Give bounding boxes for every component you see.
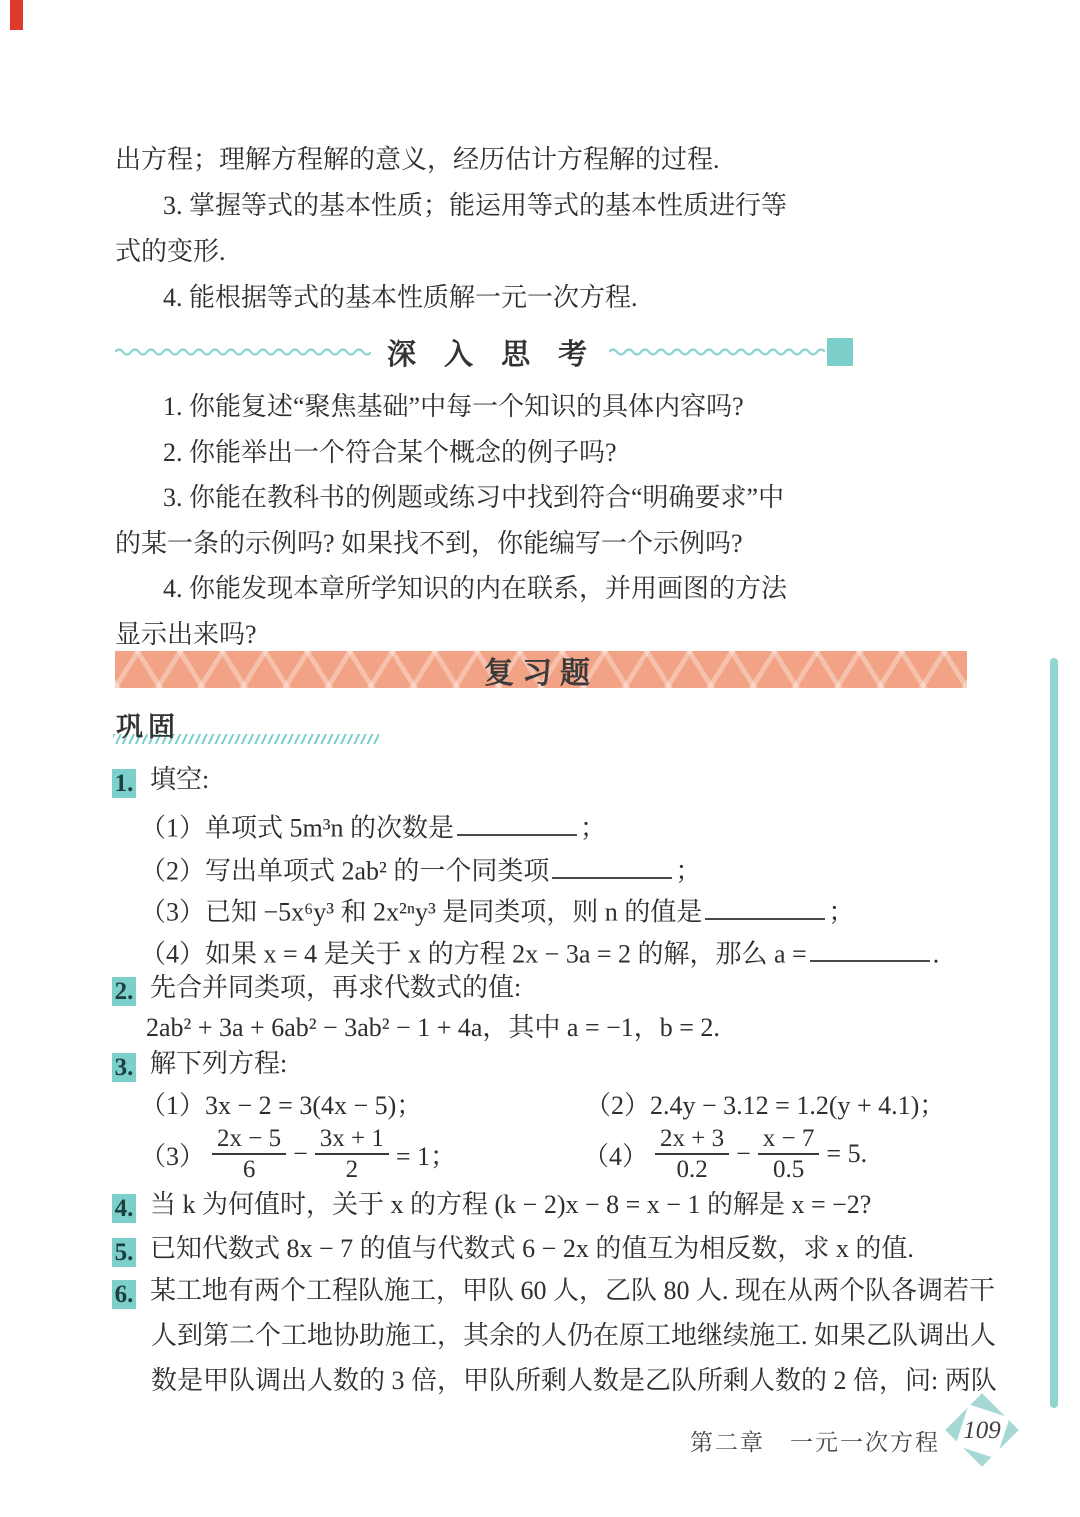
section-title: 巩固 bbox=[116, 705, 180, 744]
problem-text: 已知代数式 8x − 7 的值与代数式 6 − 2x 的值互为相反数，求 x 的… bbox=[150, 1234, 914, 1263]
problem-1-item-1: （1）单项式 5m³n 的次数是； bbox=[140, 807, 606, 845]
item-punct: ； bbox=[675, 856, 701, 885]
equation-label: （4） bbox=[583, 1136, 648, 1173]
problem-1-item-4: （4）如果 x = 4 是关于 x 的方程 2x − 3a = 2 的解，那么 … bbox=[140, 933, 939, 971]
problem-1-item-3: （3）已知 −5x⁶y³ 和 2x²ⁿy³ 是同类项，则 n 的值是； bbox=[140, 891, 854, 929]
item-punct: ； bbox=[828, 897, 854, 926]
deep-think-header: 深 入 思 考 bbox=[115, 331, 967, 373]
problem-text: 解下列方程: bbox=[150, 1049, 287, 1078]
question-line: 4. 你能发现本章所学知识的内在联系，并用画图的方法 bbox=[115, 566, 975, 612]
objectives-paragraph: 出方程；理解方程解的意义，经历估计方程解的过程. 3. 掌握等式的基本性质；能运… bbox=[115, 137, 975, 321]
problem-number-badge: 3. bbox=[112, 1053, 136, 1082]
equation-3: （3） 2x − 56 − 3x + 12 = 1； bbox=[140, 1122, 456, 1186]
item-punct: . bbox=[933, 939, 940, 968]
item-text: （3）已知 −5x⁶y³ 和 2x²ⁿy³ 是同类项，则 n 的值是 bbox=[140, 897, 702, 926]
problem-text: 先合并同类项，再求代数式的值: bbox=[150, 973, 521, 1002]
review-banner-title: 复习题 bbox=[484, 648, 598, 692]
problem-1: 1.填空: bbox=[112, 763, 209, 798]
problem-6: 6.某工地有两个工程队施工，甲队 60 人，乙队 80 人. 现在从两个队各调若… bbox=[112, 1274, 995, 1309]
item-punct: ； bbox=[580, 813, 606, 842]
fraction: 3x + 12 bbox=[315, 1124, 389, 1185]
text-line: 出方程；理解方程解的意义，经历估计方程解的过程. bbox=[115, 137, 975, 183]
problem-number-badge: 4. bbox=[112, 1194, 136, 1223]
blank-underline bbox=[552, 850, 672, 879]
blank-underline bbox=[810, 933, 930, 962]
page-number-diamond: 109 bbox=[944, 1394, 1020, 1470]
fraction: x − 70.5 bbox=[758, 1124, 820, 1185]
problem-number-badge: 5. bbox=[112, 1238, 136, 1267]
textbook-page: 出方程；理解方程解的意义，经历估计方程解的过程. 3. 掌握等式的基本性质；能运… bbox=[0, 0, 1080, 1517]
deep-think-title: 深 入 思 考 bbox=[371, 332, 609, 373]
problem-5: 5.已知代数式 8x − 7 的值与代数式 6 − 2x 的值互为相反数，求 x… bbox=[112, 1232, 914, 1267]
problem-6-line-3: 数是甲队调出人数的 3 倍，甲队所剩人数是乙队所剩人数的 2 倍，问: 两队 bbox=[151, 1364, 997, 1398]
footer-chapter-title: 第二章 一元一次方程 bbox=[600, 1424, 940, 1457]
problem-2-expression: 2ab² + 3a + 6ab² − 3ab² − 1 + 4a，其中 a = … bbox=[146, 1011, 720, 1045]
blank-underline bbox=[457, 807, 577, 836]
problem-3: 3.解下列方程: bbox=[112, 1047, 287, 1082]
problem-4: 4.当 k 为何值时，关于 x 的方程 (k − 2)x − 8 = x − 1… bbox=[112, 1188, 871, 1223]
text-line: 4. 能根据等式的基本性质解一元一次方程. bbox=[115, 275, 975, 321]
problem-6-line-2: 人到第二个工地协助施工，其余的人仍在原工地继续施工. 如果乙队调出人 bbox=[151, 1319, 996, 1353]
wavy-line-icon bbox=[115, 346, 371, 359]
operator: − bbox=[736, 1139, 751, 1169]
equation-label: （3） bbox=[140, 1136, 205, 1173]
equation-rhs: = 5. bbox=[826, 1139, 867, 1169]
text-line: 3. 掌握等式的基本性质；能运用等式的基本性质进行等 bbox=[115, 183, 975, 229]
fraction: 2x + 30.2 bbox=[655, 1124, 729, 1185]
fraction: 2x − 56 bbox=[212, 1124, 286, 1185]
problem-number-badge: 1. bbox=[112, 769, 136, 798]
problem-text: 某工地有两个工程队施工，甲队 60 人，乙队 80 人. 现在从两个队各调若干 bbox=[150, 1276, 995, 1305]
item-text: （4）如果 x = 4 是关于 x 的方程 2x − 3a = 2 的解，那么 … bbox=[140, 939, 807, 968]
question-line: 2. 你能举出一个符合某个概念的例子吗? bbox=[115, 430, 975, 476]
scrollbar[interactable] bbox=[1050, 658, 1058, 1408]
red-accent-mark bbox=[10, 0, 23, 30]
problem-number-badge: 2. bbox=[112, 977, 136, 1006]
operator: − bbox=[293, 1139, 308, 1169]
blank-underline bbox=[705, 891, 825, 920]
equation-1: （1）3x − 2 = 3(4x − 5)； bbox=[140, 1085, 422, 1122]
page-number: 109 bbox=[944, 1417, 1020, 1445]
problem-text: 当 k 为何值时，关于 x 的方程 (k − 2)x − 8 = x − 1 的… bbox=[150, 1190, 871, 1219]
review-banner: 复习题 bbox=[115, 651, 967, 688]
problem-2: 2.先合并同类项，再求代数式的值: bbox=[112, 971, 521, 1006]
question-line: 1. 你能复述“聚焦基础”中每一个知识的具体内容吗? bbox=[115, 384, 975, 430]
teal-square-icon bbox=[827, 338, 853, 366]
question-line: 的某一条的示例吗? 如果找不到，你能编写一个示例吗? bbox=[115, 521, 975, 567]
problem-1-item-2: （2）写出单项式 2ab² 的一个同类项； bbox=[140, 850, 701, 888]
text-line: 式的变形. bbox=[115, 229, 975, 275]
question-line: 3. 你能在教科书的例题或练习中找到符合“明确要求”中 bbox=[115, 475, 975, 521]
equation-rhs: = 1； bbox=[396, 1136, 456, 1173]
wavy-line-icon bbox=[609, 346, 825, 359]
equation-2: （2）2.4y − 3.12 = 1.2(y + 4.1)； bbox=[585, 1085, 945, 1122]
item-text: （2）写出单项式 2ab² 的一个同类项 bbox=[140, 856, 549, 885]
problem-text: 填空: bbox=[150, 765, 209, 794]
equation-4: （4） 2x + 30.2 − x − 70.5 = 5. bbox=[583, 1122, 867, 1186]
item-text: （1）单项式 5m³n 的次数是 bbox=[140, 813, 454, 842]
problem-number-badge: 6. bbox=[112, 1280, 136, 1309]
deep-think-questions: 1. 你能复述“聚焦基础”中每一个知识的具体内容吗? 2. 你能举出一个符合某个… bbox=[115, 384, 975, 657]
